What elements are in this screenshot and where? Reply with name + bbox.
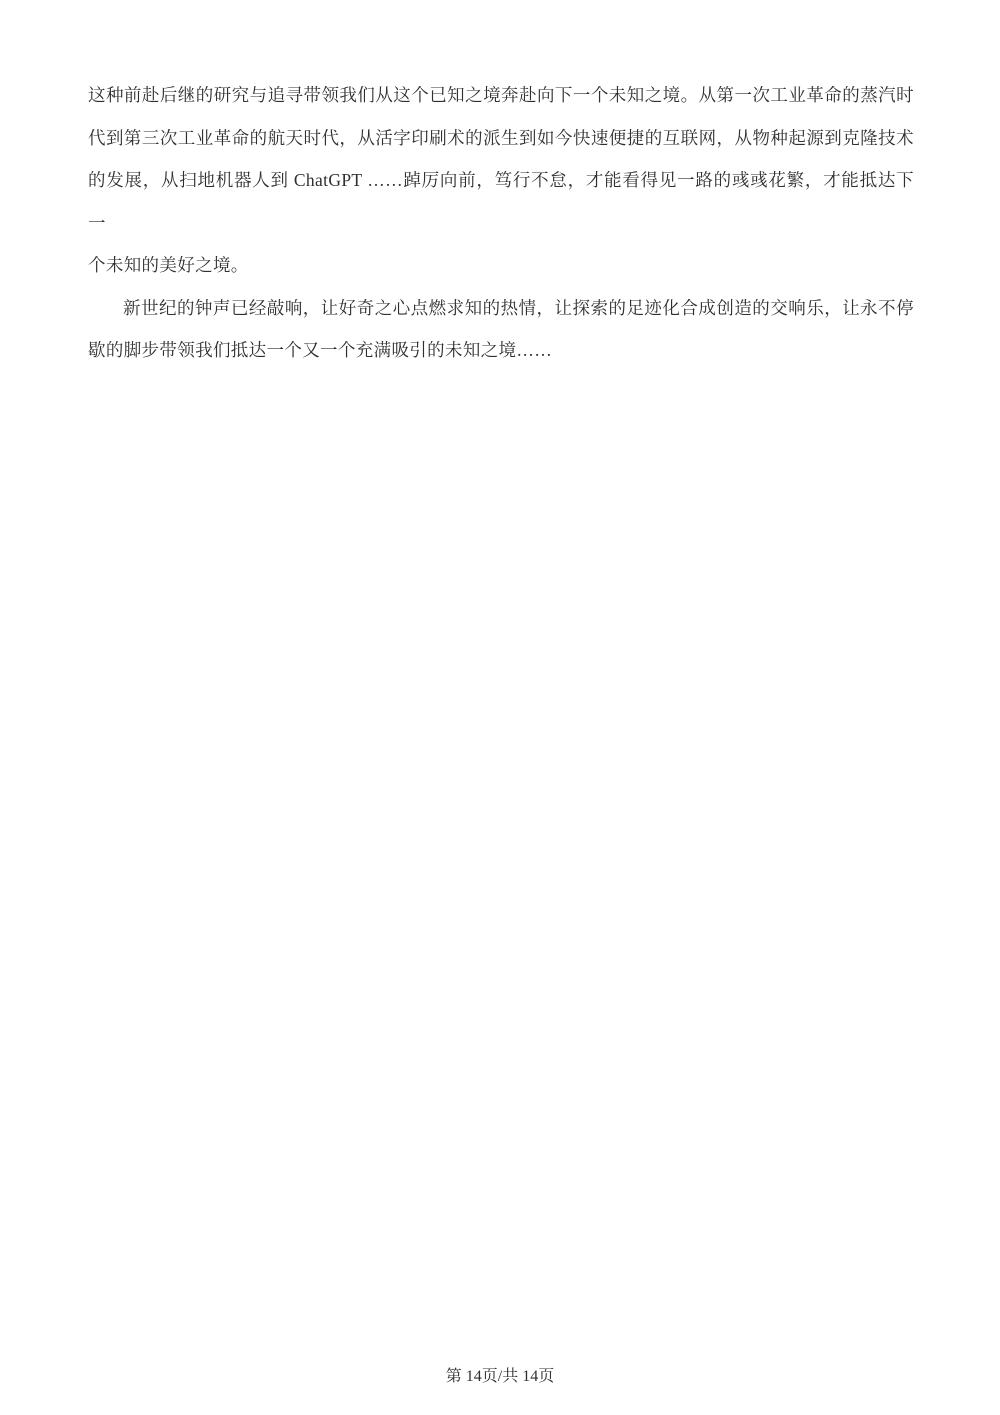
body-text: 这种前赴后继的研究与追寻带领我们从这个已知之境奔赴向下一个未知之境。从第一次工业… <box>88 74 914 372</box>
text-line: 歇的脚步带领我们抵达一个又一个充满吸引的未知之境…… <box>88 329 914 372</box>
page-number-footer: 第 14页/共 14页 <box>0 1366 1000 1388</box>
text-line: 的发展，从扫地机器人到 ChatGPT ……踔厉向前，笃行不怠，才能看得见一路的… <box>88 159 914 244</box>
document-page: 这种前赴后继的研究与追寻带领我们从这个已知之境奔赴向下一个未知之境。从第一次工业… <box>0 0 1000 1415</box>
text-line: 这种前赴后继的研究与追寻带领我们从这个已知之境奔赴向下一个未知之境。从第一次工业… <box>88 74 914 117</box>
text-line: 新世纪的钟声已经敲响，让好奇之心点燃求知的热情，让探索的足迹化合成创造的交响乐，… <box>88 287 914 330</box>
text-line: 个未知的美好之境。 <box>88 244 914 287</box>
text-line: 代到第三次工业革命的航天时代，从活字印刷术的派生到如今快速便捷的互联网，从物种起… <box>88 117 914 160</box>
